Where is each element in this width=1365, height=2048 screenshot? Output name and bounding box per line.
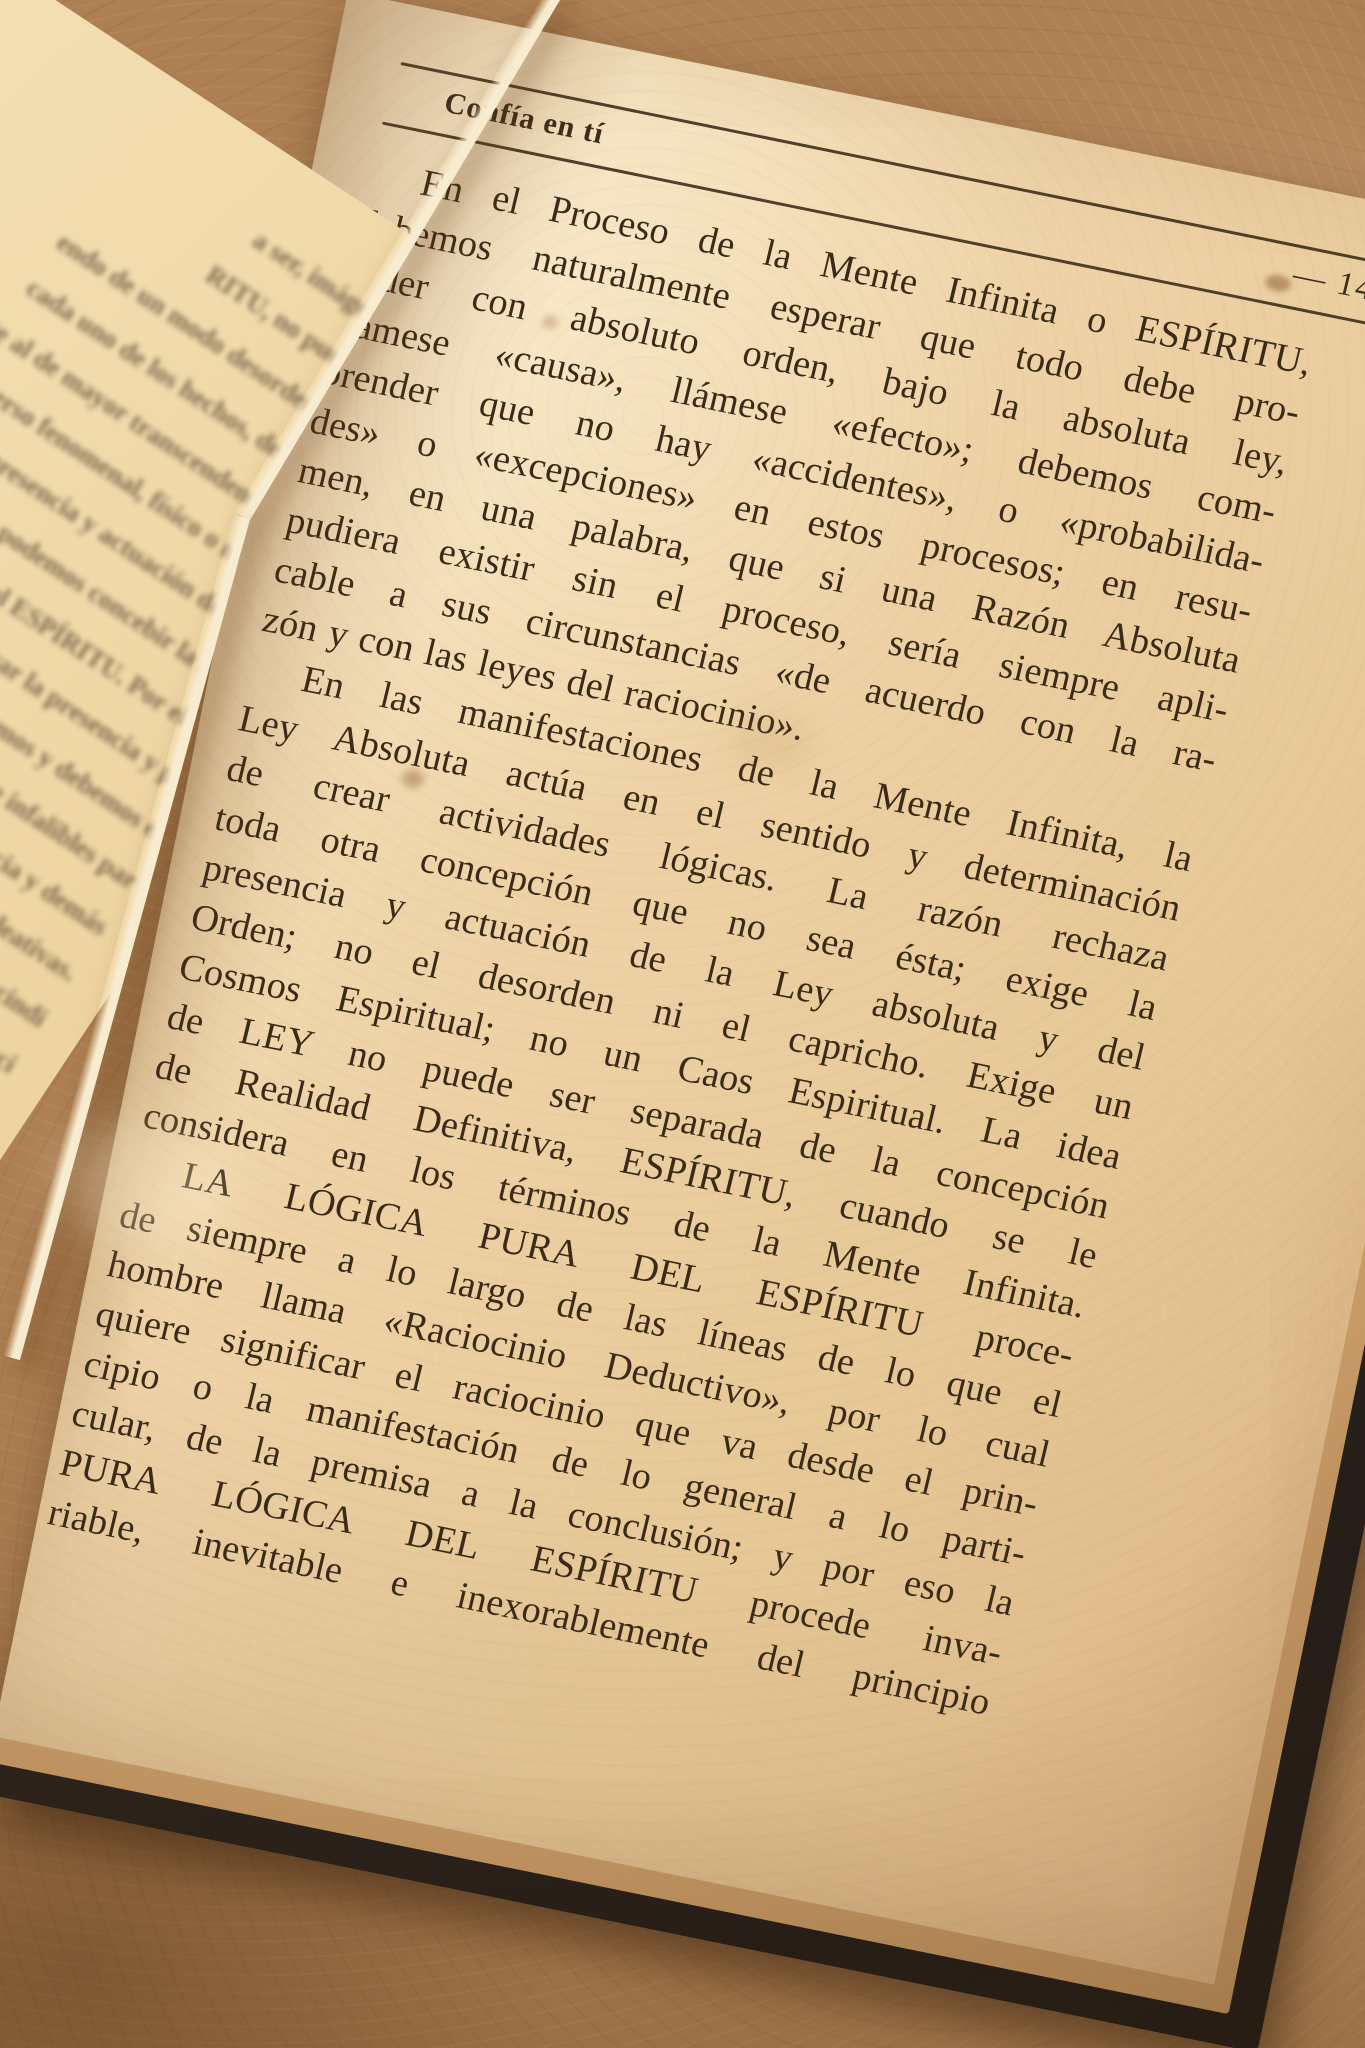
page-number: — 14 — [1289, 257, 1365, 309]
book-photo: { "header": { "running_title": "Confía e… — [0, 0, 1365, 2048]
